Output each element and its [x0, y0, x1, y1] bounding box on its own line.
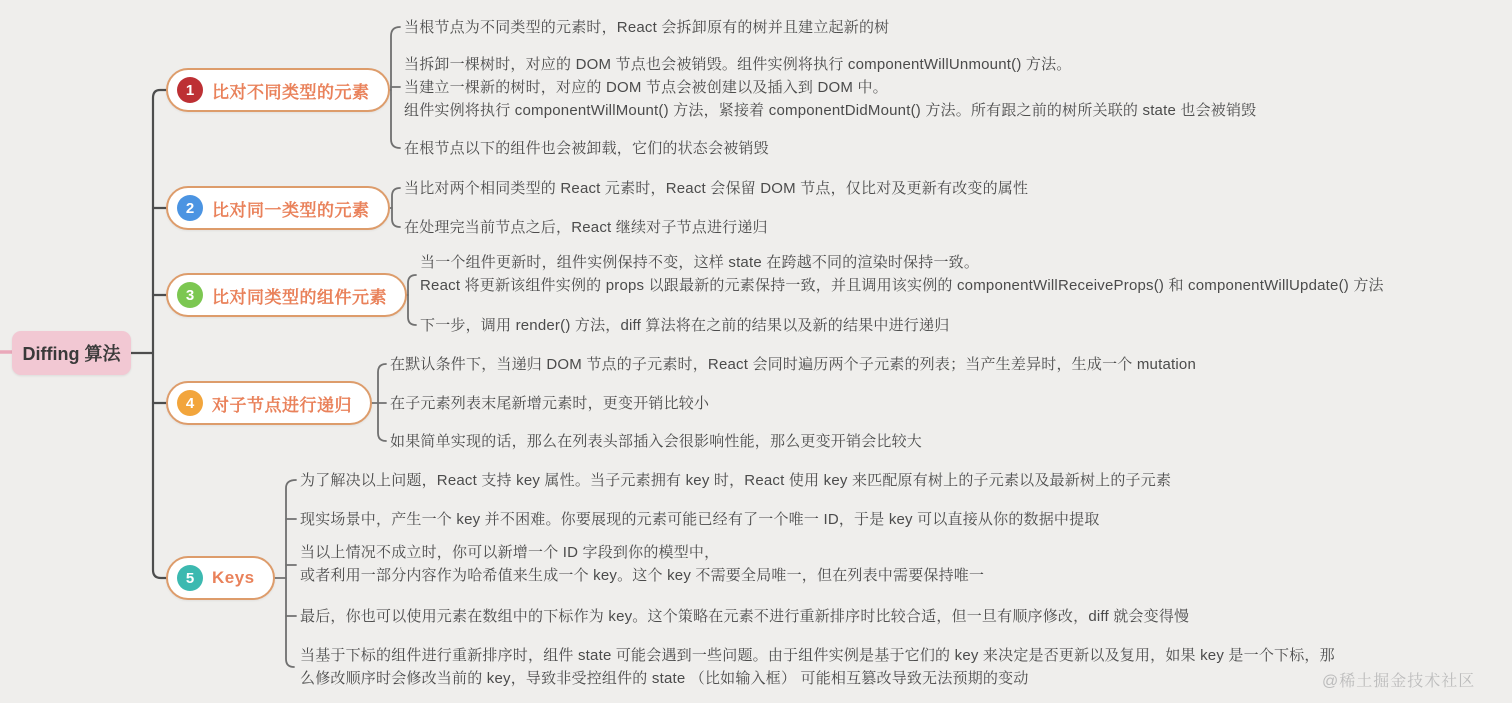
- root-node-diffing: Diffing 算法: [12, 331, 131, 375]
- leaf-node: 当以上情况不成立时，你可以新增一个 ID 字段到你的模型中， 或者利用一部分内容…: [300, 541, 984, 587]
- branch-5-number-badge: 5: [177, 565, 203, 591]
- branch-1-number-badge: 1: [177, 77, 203, 103]
- branch-node-2: 2 比对同一类型的元素: [166, 186, 390, 230]
- trunk-lines: [131, 90, 166, 578]
- leaf-node: 在子元素列表末尾新增元素时，更变开销比较小: [390, 392, 709, 415]
- branch-2-label: 比对同一类型的元素: [212, 196, 370, 221]
- leaf-node: 当基于下标的组件进行重新排序时，组件 state 可能会遇到一些问题。由于组件实…: [300, 644, 1335, 690]
- branch-node-3: 3 比对同类型的组件元素: [166, 273, 407, 317]
- branch-4-number-badge: 4: [177, 390, 203, 416]
- branch-2-number-badge: 2: [177, 195, 203, 221]
- leaf-node: 如果简单实现的话，那么在列表头部插入会很影响性能，那么更变开销会比较大: [390, 430, 922, 453]
- branch-4-label: 对子节点进行递归: [212, 391, 352, 416]
- leaf-node: 当根节点为不同类型的元素时，React 会拆卸原有的树并且建立起新的树: [404, 16, 889, 39]
- leaf-node: 当比对两个相同类型的 React 元素时，React 会保留 DOM 节点，仅比…: [404, 177, 1028, 200]
- watermark-text: @稀土掘金技术社区: [1322, 668, 1475, 691]
- leaf-node: 为了解决以上问题，React 支持 key 属性。当子元素拥有 key 时，Re…: [300, 469, 1171, 492]
- leaf-node: 在处理完当前节点之后，React 继续对子节点进行递归: [404, 216, 768, 239]
- leaf-node: 现实场景中，产生一个 key 并不困难。你要展现的元素可能已经有了一个唯一 ID…: [300, 508, 1100, 531]
- branch-1-label: 比对不同类型的元素: [212, 78, 370, 103]
- leaf-node: 当拆卸一棵树时，对应的 DOM 节点也会被销毁。组件实例将执行 componen…: [404, 53, 1256, 122]
- leaf-node: 在根节点以下的组件也会被卸载，它们的状态会被销毁: [404, 137, 769, 160]
- mindmap-canvas: Diffing 算法 1 比对不同类型的元素 2 比对同一类型的元素 3 比对同…: [0, 0, 1512, 703]
- leaf-node: 当一个组件更新时，组件实例保持不变，这样 state 在跨越不同的渲染时保持一致…: [420, 251, 1384, 297]
- branch-node-5: 5 Keys: [166, 556, 275, 600]
- leaf-node: 下一步，调用 render() 方法，diff 算法将在之前的结果以及新的结果中…: [420, 314, 949, 337]
- leaf-node: 最后，你也可以使用元素在数组中的下标作为 key。这个策略在元素不进行重新排序时…: [300, 605, 1189, 628]
- branch-3-number-badge: 3: [177, 282, 203, 308]
- branch-5-label: Keys: [212, 568, 255, 588]
- branch-node-1: 1 比对不同类型的元素: [166, 68, 390, 112]
- branch-node-4: 4 对子节点进行递归: [166, 381, 372, 425]
- leaf-node: 在默认条件下，当递归 DOM 节点的子元素时，React 会同时遍历两个子元素的…: [390, 353, 1196, 376]
- branch-3-label: 比对同类型的组件元素: [212, 283, 387, 308]
